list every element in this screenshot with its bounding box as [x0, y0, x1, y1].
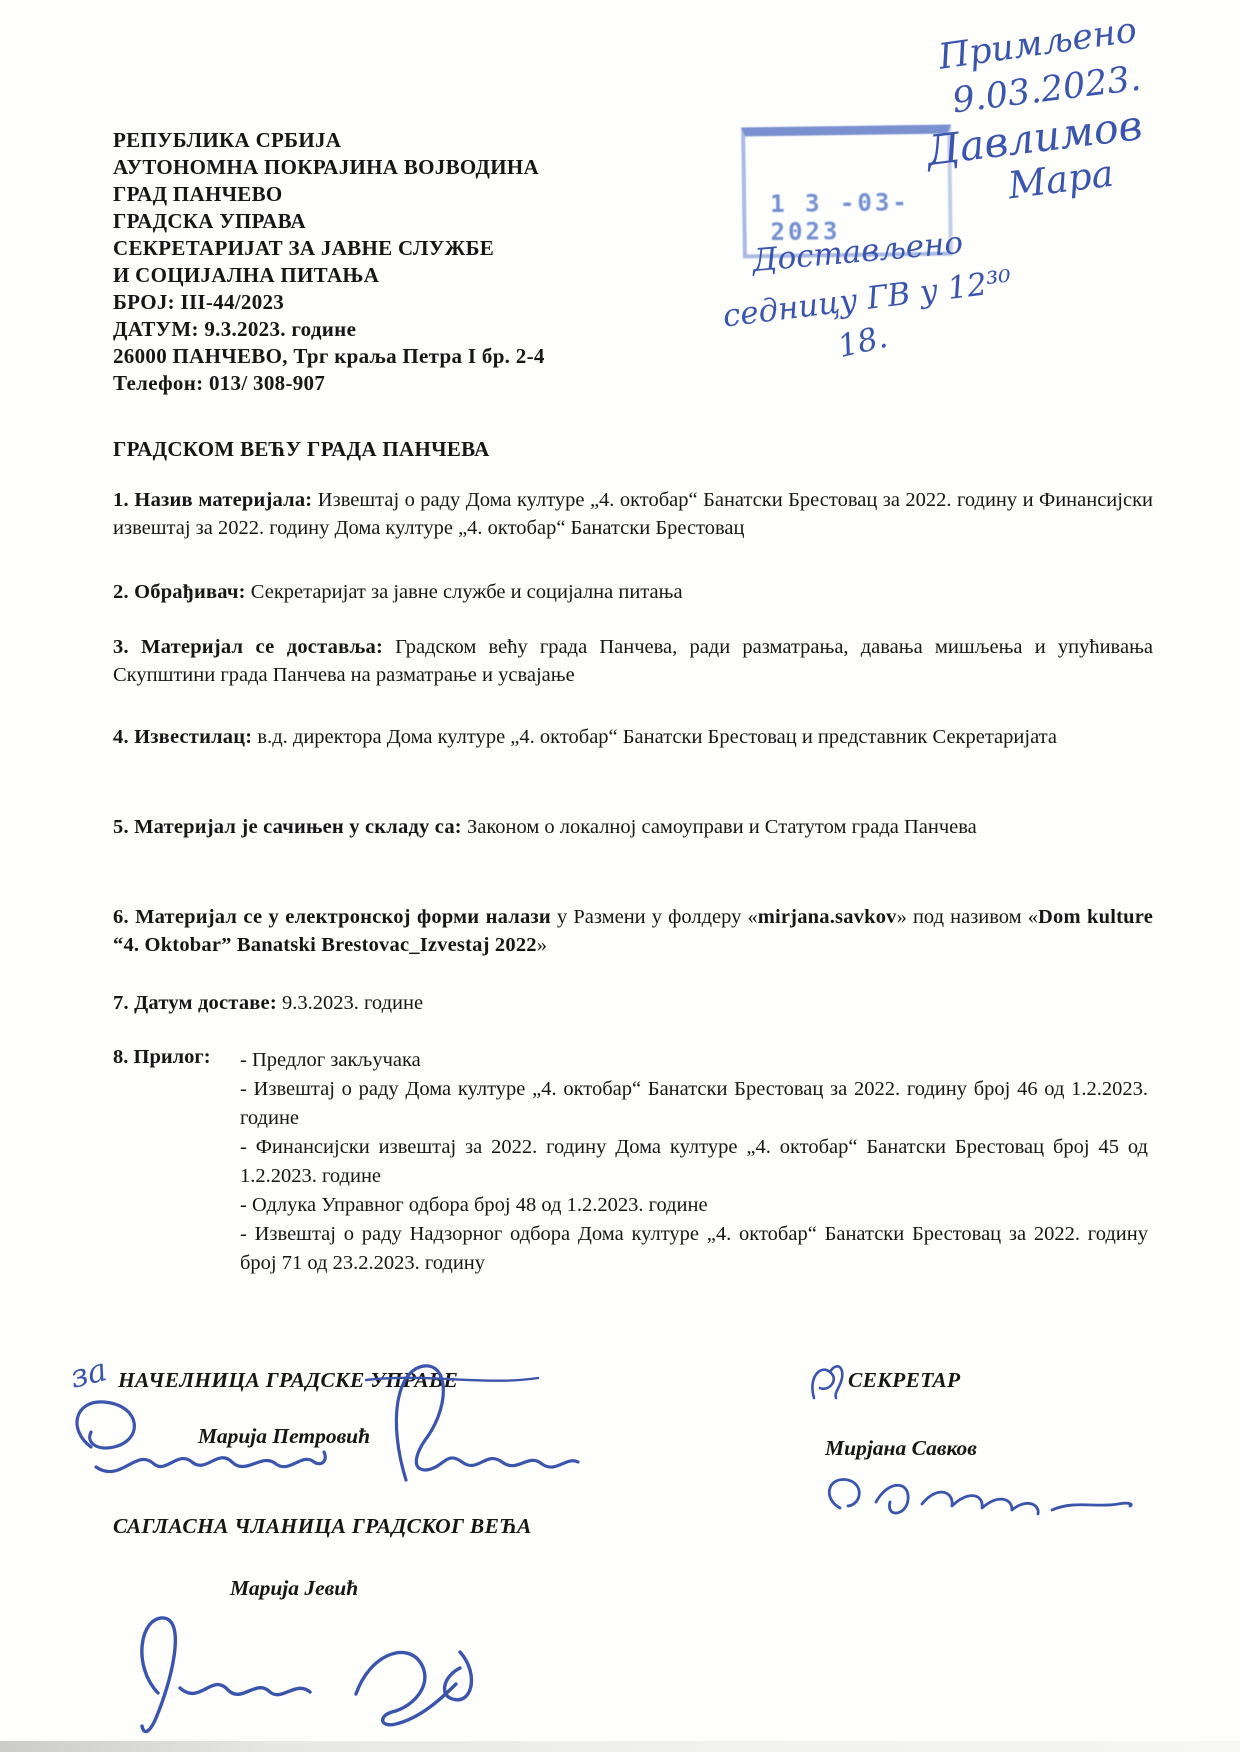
paragraph-label: 6. Материјал се у електронској форми нал…: [113, 906, 551, 928]
paragraph-delivered-to: 3. Материјал се доставља: Градском већу …: [113, 633, 1153, 689]
scanned-document-page: РЕПУБЛИКА СРБИЈА АУТОНОМНА ПОКРАЈИНА ВОЈ…: [0, 0, 1240, 1752]
phone-line: Телефон: 013/ 308-907: [113, 370, 545, 397]
attachment-item: - Предлог закључака: [240, 1046, 1148, 1075]
paragraph-label: 5. Материјал је сачињен у складу са:: [113, 816, 462, 838]
letterhead: РЕПУБЛИКА СРБИЈА АУТОНОМНА ПОКРАЈИНА ВОЈ…: [113, 127, 545, 397]
secretary-title: СЕКРЕТАР: [848, 1368, 960, 1393]
letterhead-line: АУТОНОМНА ПОКРАЈИНА ВОЈВОДИНА: [113, 154, 545, 181]
paragraph-text: »: [537, 934, 547, 956]
paragraph-text: » под називом «: [897, 906, 1038, 928]
paragraph-delivery-date: 7. Датум доставе: 9.3.2023. године: [113, 989, 1153, 1017]
paragraph-text: 9.3.2023. године: [277, 992, 423, 1014]
paragraph-text: Законом о локалној самоуправи и Статутом…: [462, 816, 977, 838]
attachments-list: - Предлог закључака - Извештај о раду До…: [240, 1046, 1148, 1278]
signature-savkov: [812, 1460, 1142, 1540]
attachment-item: - Одлука Управног одбора број 48 од 1.2.…: [240, 1191, 1148, 1220]
scan-edge-shadow: [0, 1741, 1240, 1752]
signature-petrovic: [66, 1352, 591, 1524]
paragraph-text: Секретаријат за јавне службе и социјална…: [246, 581, 683, 603]
address-line: 26000 ПАНЧЕВО, Трг краља Петра I бр. 2-4: [113, 343, 545, 370]
paragraph-processor: 2. Обрађивач: Секретаријат за јавне служ…: [113, 578, 1153, 606]
handwritten-number-note: 18.: [835, 319, 891, 365]
paragraph-material-title: 1. Назив материјала: Извештај о раду Дом…: [113, 486, 1153, 542]
secretary-paraph-mark: [806, 1358, 848, 1406]
paragraph-label: 3. Материјал се доставља:: [113, 636, 383, 658]
attachment-item: - Извештај о раду Дома културе „4. октоб…: [240, 1075, 1148, 1133]
paragraph-rapporteur: 4. Известилац: в.д. директора Дома култу…: [113, 723, 1153, 751]
paragraph-label: 2. Обрађивач:: [113, 581, 246, 603]
addressee-title: ГРАДСКОМ ВЕЋУ ГРАДА ПАНЧЕВА: [113, 437, 490, 462]
paragraph-electronic-form: 6. Материјал се у електронској форми нал…: [113, 903, 1153, 959]
document-number: БРОЈ: III-44/2023: [113, 289, 545, 316]
document-date: ДАТУМ: 9.3.2023. године: [113, 316, 545, 343]
paragraph-legal-basis: 5. Материјал је сачињен у складу са: Зак…: [113, 813, 1153, 841]
paragraph-text: у Размени у фолдеру «: [551, 906, 758, 928]
folder-name: mirjana.savkov: [758, 906, 897, 928]
letterhead-line: РЕПУБЛИКА СРБИЈА: [113, 127, 545, 154]
secretary-name: Мирјана Савков: [825, 1436, 977, 1461]
signature-jevic: [120, 1588, 570, 1738]
attachment-item: - Финансијски извештај за 2022. годину Д…: [240, 1133, 1148, 1191]
paragraph-label: 7. Датум доставе:: [113, 992, 277, 1014]
letterhead-line: ГРАД ПАНЧЕВО: [113, 181, 545, 208]
paragraph-text: в.д. директора Дома културе „4. октобар“…: [252, 726, 1057, 748]
letterhead-line: И СОЦИЈАЛНА ПИТАЊА: [113, 262, 545, 289]
attachments-label: 8. Прилог:: [113, 1046, 211, 1069]
paragraph-label: 4. Известилац:: [113, 726, 252, 748]
paragraph-label: 1. Назив материјала:: [113, 489, 312, 511]
attachment-item: - Извештај о раду Надзорног одбора Дома …: [240, 1220, 1148, 1278]
letterhead-line: СЕКРЕТАРИЈАТ ЗА ЈАВНЕ СЛУЖБЕ: [113, 235, 545, 262]
letterhead-line: ГРАДСКА УПРАВА: [113, 208, 545, 235]
